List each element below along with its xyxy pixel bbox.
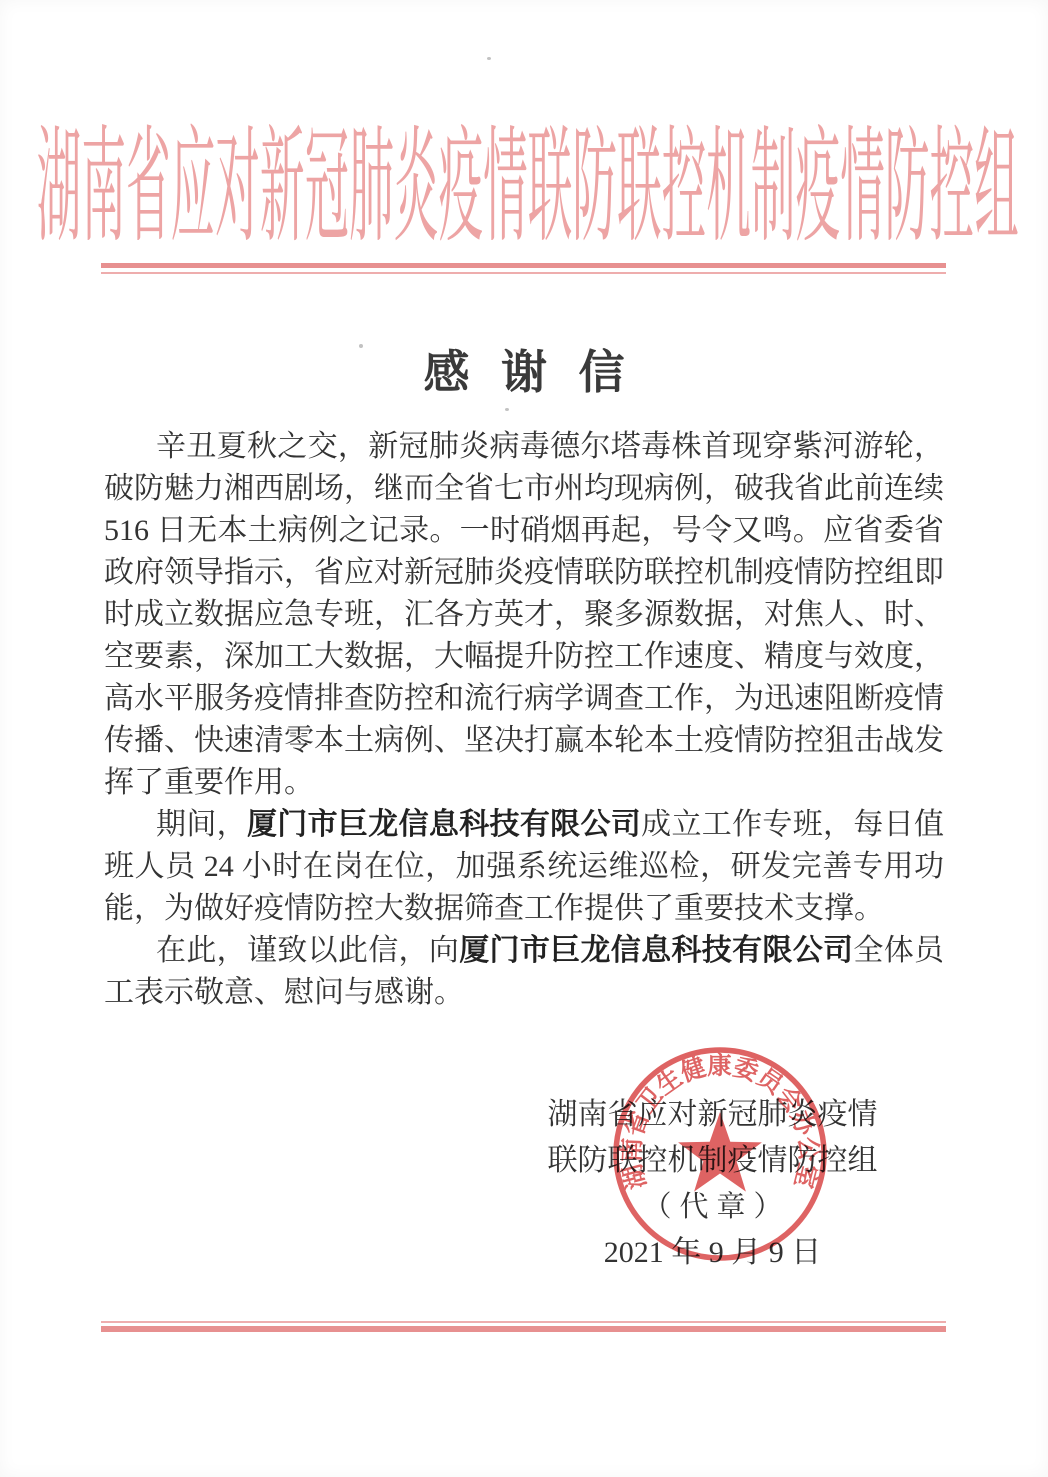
- document-title: 感 谢 信: [0, 336, 1048, 402]
- letterhead-rule-thin: [101, 272, 946, 274]
- company-name-bold: 厦门市巨龙信息科技有限公司: [459, 934, 853, 967]
- footer-rule-thick: [101, 1326, 946, 1332]
- footer-rule-thin: [101, 1321, 946, 1323]
- letter-body: 辛丑夏秋之交，新冠肺炎病毒德尔塔毒株首现穿紫河游轮，破防魅力湘西剧场，继而全省七…: [104, 426, 944, 1014]
- official-seal: 湖南省卫生健康委员会办公室: [606, 1040, 834, 1268]
- paragraph-2: 期间，厦门市巨龙信息科技有限公司成立工作专班，每日值班人员 24 小时在岗在位，…: [104, 804, 944, 930]
- paragraph-2-lead: 期间，: [156, 808, 247, 841]
- letterhead-org-name: 湖南省应对新冠肺炎疫情联防联控机制疫情防控组: [37, 128, 1012, 254]
- paragraph-1: 辛丑夏秋之交，新冠肺炎病毒德尔塔毒株首现穿紫河游轮，破防魅力湘西剧场，继而全省七…: [104, 426, 944, 804]
- scan-artifact-dot: [487, 57, 491, 60]
- company-name-bold: 厦门市巨龙信息科技有限公司: [247, 808, 641, 841]
- letterhead-rule-thick: [101, 263, 946, 268]
- scan-artifact-dot: [505, 408, 509, 411]
- paragraph-1-text: 辛丑夏秋之交，新冠肺炎病毒德尔塔毒株首现穿紫河游轮，破防魅力湘西剧场，继而全省七…: [104, 430, 944, 799]
- paragraph-3: 在此，谨致以此信，向厦门市巨龙信息科技有限公司全体员工表示敬意、慰问与感谢。: [104, 930, 944, 1014]
- paragraph-3-lead: 在此，谨致以此信，向: [156, 934, 459, 967]
- document-page: 湖南省应对新冠肺炎疫情联防联控机制疫情防控组 感 谢 信 辛丑夏秋之交，新冠肺炎…: [0, 0, 1048, 1477]
- seal-star-icon: [678, 1112, 762, 1192]
- scan-artifact-dot: [359, 344, 363, 348]
